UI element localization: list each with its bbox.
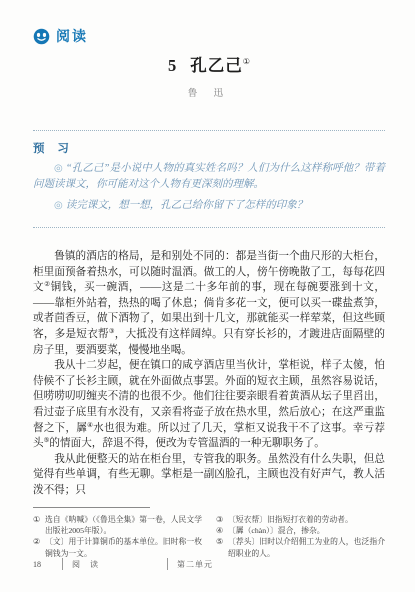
footer-divider — [62, 558, 63, 570]
reading-unit-badge: 阅读 — [33, 27, 385, 45]
footnote-ref: ② — [44, 281, 50, 288]
smiley-reader-icon — [33, 28, 50, 45]
footnote-ref: ⑤ — [44, 437, 50, 444]
body-text: 鲁镇的酒店的格局，是和别处不同的：都是当街一个曲尺形的大柜台，柜里面预备着热水，… — [33, 249, 385, 499]
preview-item: ◎“孔乙己”是小说中人物的真实姓名吗？人们为什么这样称呼他？带着问题读课文，你可… — [33, 161, 385, 193]
preview-item-text: “孔乙己”是小说中人物的真实姓名吗？人们为什么这样称呼他？带着问题读课文，你可能… — [33, 163, 385, 190]
footnote-number: ④ — [216, 525, 228, 536]
textbook-page: 阅读 5孔乙己① 鲁 迅 预 习 ◎“孔乙己”是小说中人物的真实姓名吗？人们为什… — [0, 0, 415, 592]
footnote-text: 选自《呐喊》（《鲁迅全集》第一卷，人民文学出版社2005年版）。 — [45, 514, 202, 537]
preview-item-text: 读完课文，想一想，孔乙己给你留下了怎样的印象？ — [66, 200, 308, 211]
title-footnote-ref: ① — [243, 57, 250, 66]
footnote-text: 〔荐头〕旧时以介绍佣工为业的人，也泛指介绍职业的人。 — [228, 536, 385, 559]
footer-divider — [167, 558, 168, 570]
footnotes-left: ①选自《呐喊》（《鲁迅全集》第一卷，人民文学出版社2005年版）。②〔文〕用于计… — [33, 514, 202, 560]
footer-unit: 第二单元 — [177, 559, 213, 570]
lesson-title-text: 孔乙己 — [190, 56, 243, 75]
footnote-item: ⑤〔荐头〕旧时以介绍佣工为业的人，也泛指介绍职业的人。 — [216, 536, 385, 559]
paragraph: 鲁镇的酒店的格局，是和别处不同的：都是当街一个曲尺形的大柜台，柜里面预备着热水，… — [33, 249, 385, 358]
footnote-number: ① — [33, 514, 45, 537]
preview-box: 预 习 ◎“孔乙己”是小说中人物的真实姓名吗？人们为什么这样称呼他？带着问题读课… — [33, 130, 385, 228]
preview-heading: 预 习 — [33, 140, 385, 156]
paragraph: 我从十二岁起，便在镇口的咸亨酒店里当伙计，掌柜说，样子太傻，怕侍候不了长衫主顾，… — [33, 358, 385, 452]
lesson-number: 5 — [168, 56, 176, 75]
footnote-ref: ④ — [87, 422, 93, 429]
page-footer: 18 阅 读 第二单元 — [33, 558, 385, 570]
page-number: 18 — [33, 560, 53, 569]
footnote-item: ④〔羼（chàn）〕混合，掺杂。 — [216, 525, 385, 536]
footnote-item: ①选自《呐喊》（《鲁迅全集》第一卷，人民文学出版社2005年版）。 — [33, 514, 202, 537]
paragraph: 我从此便整天的站在柜台里，专管我的职务。虽然没有什么失职，但总觉得有些单调，有些… — [33, 452, 385, 499]
footnote-number: ③ — [216, 514, 228, 525]
footnote-text: 〔文〕用于计算铜币的基本单位。旧时称一枚铜钱为一文。 — [45, 536, 202, 559]
footnote-text: 〔短衣帮〕旧指短打衣着的劳动者。 — [228, 514, 385, 525]
footnote-number: ② — [33, 536, 45, 559]
footnotes-right: ③〔短衣帮〕旧指短打衣着的劳动者。④〔羼（chàn）〕混合，掺杂。⑤〔荐头〕旧时… — [216, 514, 385, 560]
footnote-item: ③〔短衣帮〕旧指短打衣着的劳动者。 — [216, 514, 385, 525]
footnote-separator — [33, 507, 150, 508]
footnote-ref: ③ — [109, 328, 115, 335]
preview-item: ◎读完课文，想一想，孔乙己给你留下了怎样的印象？ — [33, 198, 385, 214]
footnote-text: 〔羼（chàn）〕混合，掺杂。 — [228, 525, 385, 536]
footnotes: ①选自《呐喊》（《鲁迅全集》第一卷，人民文学出版社2005年版）。②〔文〕用于计… — [33, 514, 385, 560]
ring-bullet-icon: ◎ — [54, 163, 63, 174]
author-name: 鲁 迅 — [33, 85, 385, 99]
page-title: 5孔乙己① — [33, 52, 385, 76]
footnote-item: ②〔文〕用于计算铜币的基本单位。旧时称一枚铜钱为一文。 — [33, 536, 202, 559]
footer-section: 阅 读 — [72, 559, 158, 570]
footnote-number: ⑤ — [216, 536, 228, 559]
ring-bullet-icon: ◎ — [54, 200, 63, 211]
badge-label: 阅读 — [56, 26, 88, 46]
